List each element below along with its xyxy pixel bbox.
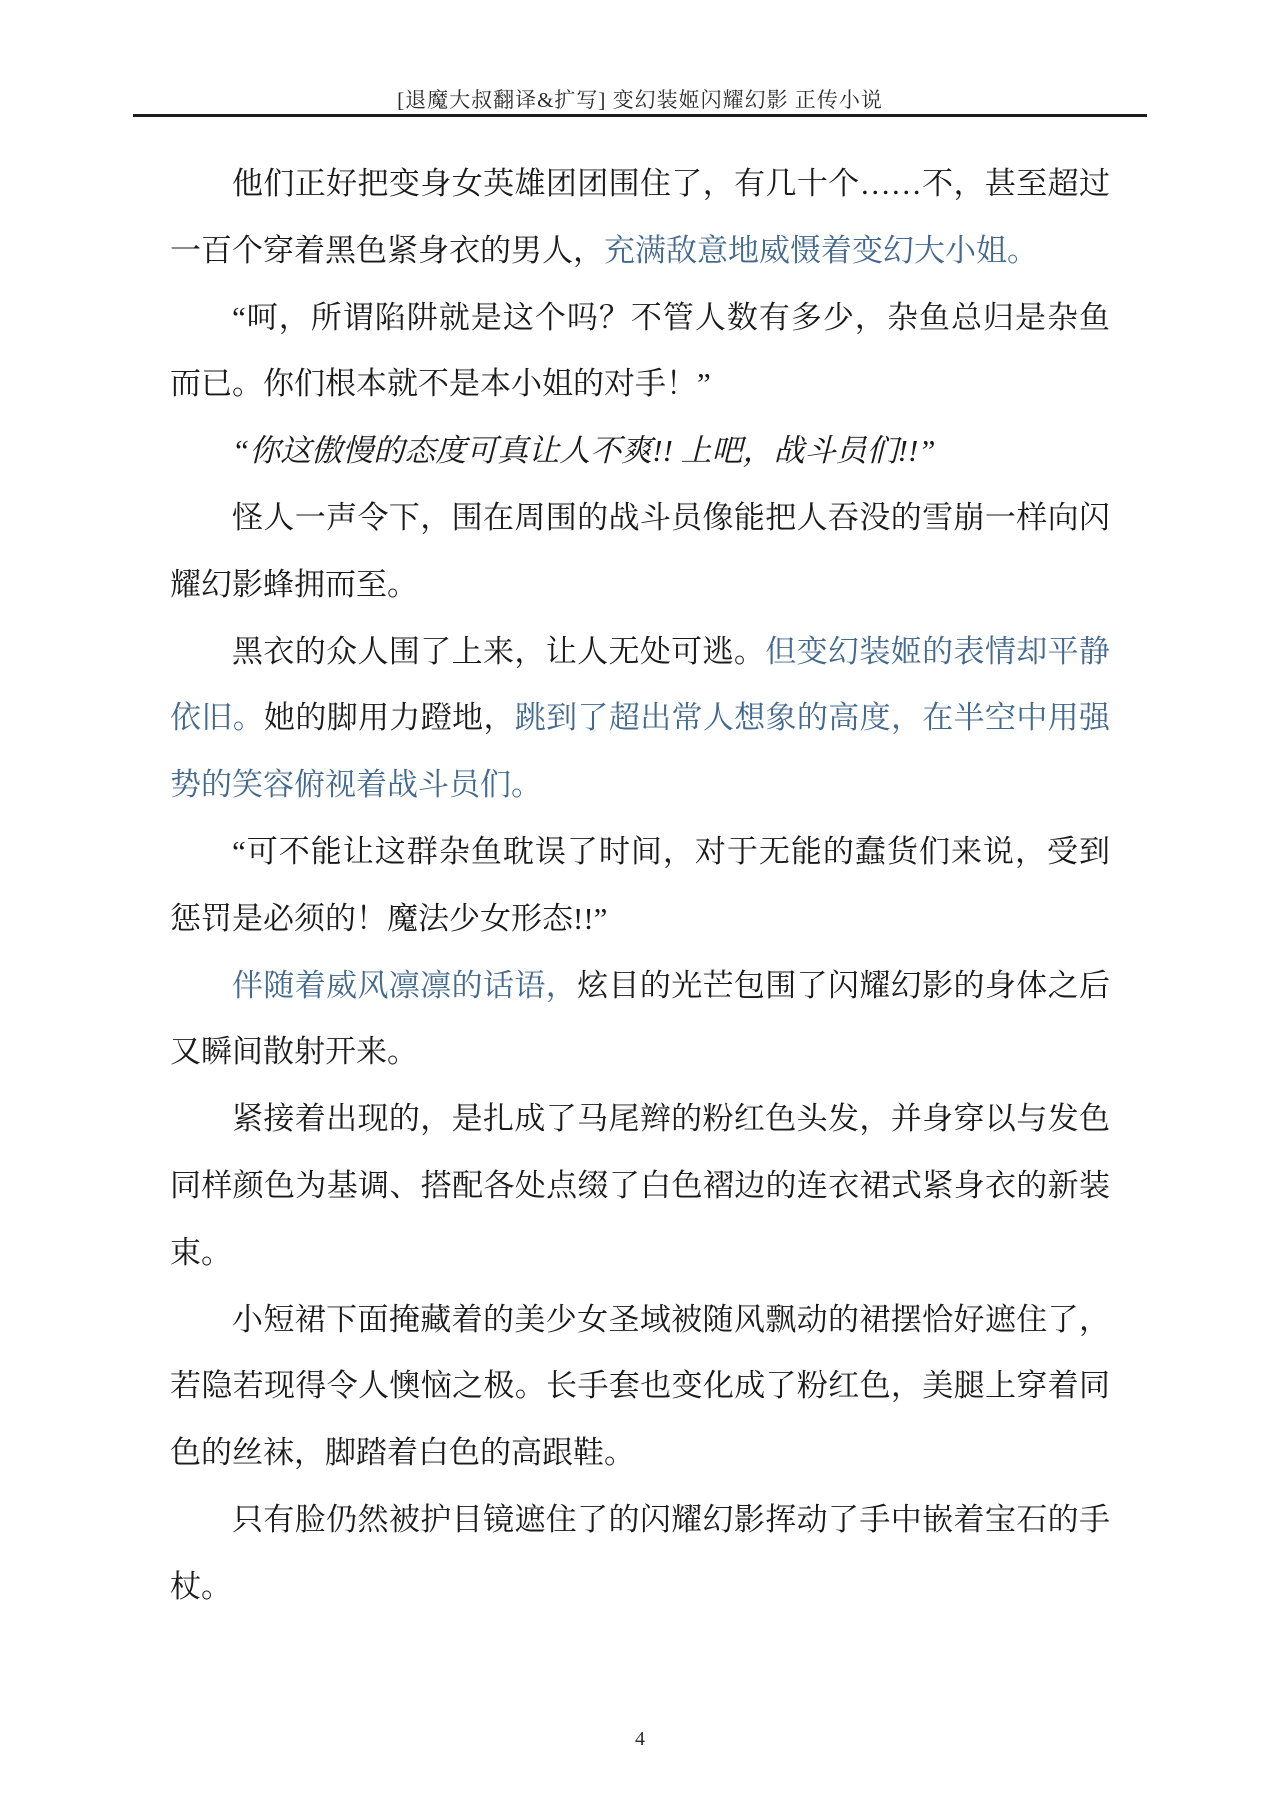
- text-run: “可不能让这群杂鱼耽误了时间，对于无能的蠢货们来说，受到惩罚是必须的！魔法少女形…: [170, 834, 1110, 936]
- text-run: 小短裙下面掩藏着的美少女圣域被随风飘动的裙摆恰好遮住了，若隐若现得令人懊恼之极。…: [170, 1302, 1110, 1471]
- paragraph: 小短裙下面掩藏着的美少女圣域被随风飘动的裙摆恰好遮住了，若隐若现得令人懊恼之极。…: [170, 1287, 1110, 1487]
- paragraph: 怪人一声令下，围在周围的战斗员像能把人吞没的雪崩一样向闪耀幻影蜂拥而至。: [170, 485, 1110, 619]
- paragraph: “呵，所谓陷阱就是这个吗？不管人数有多少，杂鱼总归是杂鱼而已。你们根本就不是本小…: [170, 285, 1110, 419]
- paragraph: 他们正好把变身女英雄团团围住了，有几十个……不，甚至超过一百个穿着黑色紧身衣的男…: [170, 151, 1110, 285]
- paragraph: 伴随着威风凛凛的话语，炫目的光芒包围了闪耀幻影的身体之后又瞬间散射开来。: [170, 953, 1110, 1087]
- text-run: 只有脸仍然被护目镜遮住了的闪耀幻影挥动了手中嵌着宝石的手杖。: [170, 1502, 1110, 1604]
- text-run: 黑衣的众人围了上来，让人无处可逃。: [232, 634, 765, 669]
- paragraph: “你这傲慢的态度可真让人不爽!! 上吧，战斗员们!!”: [170, 418, 1110, 485]
- document-body: 他们正好把变身女英雄团团围住了，有几十个……不，甚至超过一百个穿着黑色紧身衣的男…: [170, 151, 1110, 1621]
- highlighted-text-run: 充满敌意地威慑着变幻大小姐。: [604, 233, 1038, 268]
- text-run: 紧接着出现的，是扎成了马尾辫的粉红色头发，并身穿以与发色同样颜色为基调、搭配各处…: [170, 1101, 1110, 1270]
- highlighted-text-run: 伴随着威风凛凛的话语，: [232, 968, 577, 1003]
- page-number: 4: [0, 1728, 1280, 1751]
- text-run: “呵，所谓陷阱就是这个吗？不管人数有多少，杂鱼总归是杂鱼而已。你们根本就不是本小…: [170, 300, 1110, 402]
- paragraph: 紧接着出现的，是扎成了马尾辫的粉红色头发，并身穿以与发色同样颜色为基调、搭配各处…: [170, 1086, 1110, 1286]
- text-run: “你这傲慢的态度可真让人不爽!! 上吧，战斗员们!!”: [232, 433, 936, 468]
- text-run: 她的脚用力蹬地，: [264, 700, 515, 735]
- paragraph: 只有脸仍然被护目镜遮住了的闪耀幻影挥动了手中嵌着宝石的手杖。: [170, 1487, 1110, 1621]
- header-divider: [133, 114, 1147, 117]
- paragraph: “可不能让这群杂鱼耽误了时间，对于无能的蠢货们来说，受到惩罚是必须的！魔法少女形…: [170, 819, 1110, 953]
- text-run: 怪人一声令下，围在周围的战斗员像能把人吞没的雪崩一样向闪耀幻影蜂拥而至。: [170, 500, 1110, 602]
- paragraph: 黑衣的众人围了上来，让人无处可逃。但变幻装姬的表情却平静依旧。她的脚用力蹬地，跳…: [170, 619, 1110, 819]
- document-page: [退魔大叔翻译&扩写] 变幻装姬闪耀幻影 正传小说 他们正好把变身女英雄团团围住…: [0, 0, 1280, 1811]
- document-header-title: [退魔大叔翻译&扩写] 变幻装姬闪耀幻影 正传小说: [0, 84, 1280, 114]
